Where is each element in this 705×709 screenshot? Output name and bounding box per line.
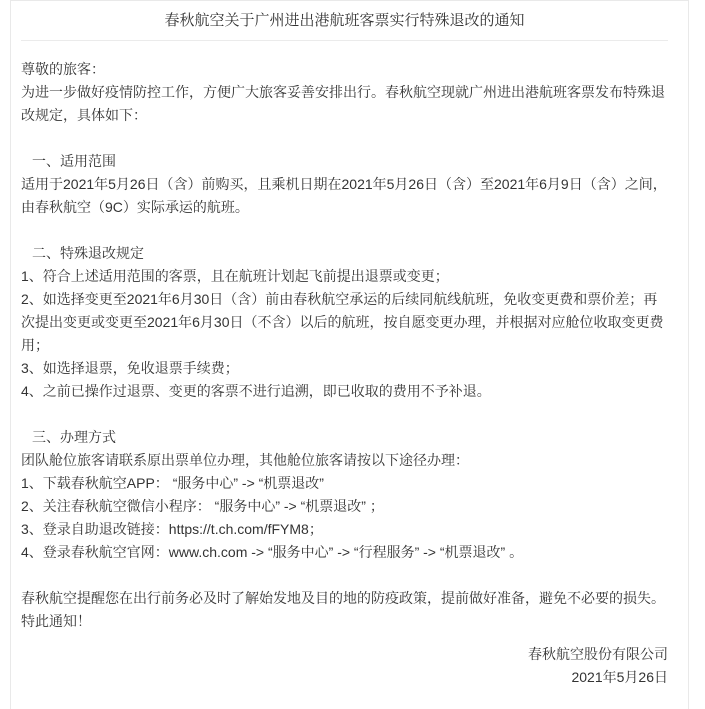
section-3-item-1: 1、下载春秋航空APP： “服务中心” -> “机票退改” xyxy=(21,472,668,495)
section-2-heading: 二、特殊退改规定 xyxy=(21,242,668,265)
section-1-paragraph: 适用于2021年5月26日（含）前购买，且乘机日期在2021年5月26日（含）至… xyxy=(21,173,668,219)
section-3-heading: 三、办理方式 xyxy=(21,426,668,449)
section-3-item-2: 2、关注春秋航空微信小程序： “服务中心” -> “机票退改” ； xyxy=(21,495,668,518)
section-3-intro: 团队舱位旅客请联系原出票单位办理，其他舱位旅客请按以下途径办理： xyxy=(21,449,668,472)
intro-paragraph: 为进一步做好疫情防控工作，方便广大旅客妥善安排出行。春秋航空现就广州进出港航班客… xyxy=(21,81,668,127)
section-2-item-4: 4、之前已操作过退票、变更的客票不进行追溯，即已收取的费用不予补退。 xyxy=(21,380,668,403)
section-1-heading: 一、适用范围 xyxy=(21,150,668,173)
section-3-item-4: 4、登录春秋航空官网：www.ch.com -> “服务中心” -> “行程服务… xyxy=(21,541,668,564)
salutation: 尊敬的旅客： xyxy=(21,58,668,81)
section-3-item-3: 3、登录自助退改链接：https://t.ch.com/fFYM8； xyxy=(21,518,668,541)
page-title: 春秋航空关于广州进出港航班客票实行特殊退改的通知 xyxy=(21,9,668,40)
title-divider xyxy=(21,40,668,41)
section-2-item-2: 2、如选择变更至2021年6月30日（含）前由春秋航空承运的后续同航线航班，免收… xyxy=(21,288,668,357)
section-2-item-1: 1、符合上述适用范围的客票，且在航班计划起飞前提出退票或变更； xyxy=(21,265,668,288)
section-2-item-3: 3、如选择退票，免收退票手续费； xyxy=(21,357,668,380)
notice-body: 尊敬的旅客： 为进一步做好疫情防控工作，方便广大旅客妥善安排出行。春秋航空现就广… xyxy=(21,58,668,576)
notice-document: 春秋航空关于广州进出港航班客票实行特殊退改的通知 尊敬的旅客： 为进一步做好疫情… xyxy=(10,0,689,576)
